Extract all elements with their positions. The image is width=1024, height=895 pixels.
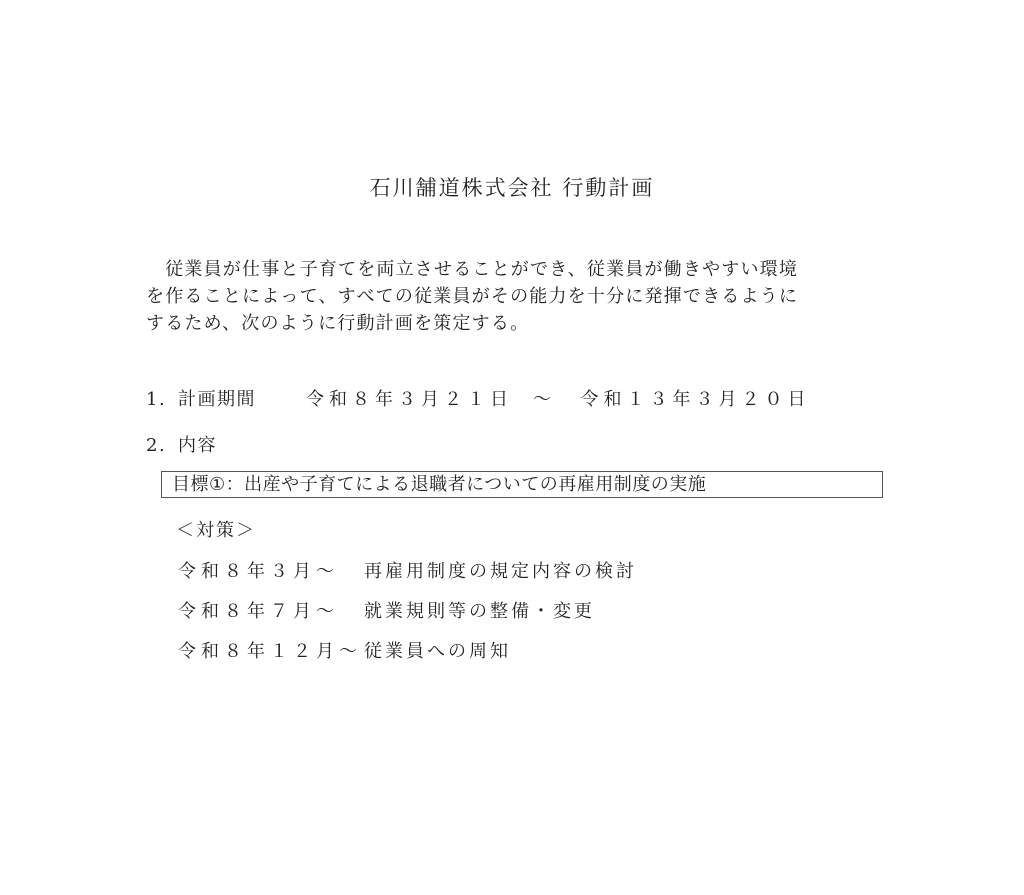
section-label: 内容 bbox=[178, 435, 217, 456]
intro-line: を作ることによって、すべての従業員がその能力を十分に発揮できるように bbox=[146, 283, 906, 310]
section-number: 1. bbox=[146, 389, 178, 410]
goal-box: 目標①：出産や子育てによる退職者についての再雇用制度の実施 bbox=[161, 471, 883, 498]
measure-item: 令和８年３月～再雇用制度の規定内容の検討 bbox=[178, 557, 637, 583]
period-end: 令和１３年３月２０日 bbox=[581, 389, 811, 410]
section-plan-period: 1.計画期間令和８年３月２１日～令和１３年３月２０日 bbox=[146, 385, 811, 411]
intro-paragraph: 従業員が仕事と子育てを両立させることができ、従業員が働きやすい環境 を作ることに… bbox=[146, 256, 906, 337]
measure-action: 従業員への周知 bbox=[364, 641, 511, 662]
measure-date: 令和８年７月～ bbox=[178, 597, 364, 623]
measure-date: 令和８年１２月～ bbox=[178, 637, 364, 663]
intro-line: するため、次のように行動計画を策定する。 bbox=[146, 310, 906, 337]
period-start: 令和８年３月２１日 bbox=[306, 389, 513, 410]
measure-item: 令和８年１２月～従業員への周知 bbox=[178, 637, 511, 663]
measure-item: 令和８年７月～就業規則等の整備・変更 bbox=[178, 597, 595, 623]
section-label: 計画期間 bbox=[178, 385, 306, 411]
document-page: 石川舗道株式会社 行動計画 従業員が仕事と子育てを両立させることができ、従業員が… bbox=[0, 0, 1024, 895]
measure-action: 就業規則等の整備・変更 bbox=[364, 601, 595, 622]
intro-line: 従業員が仕事と子育てを両立させることができ、従業員が働きやすい環境 bbox=[146, 256, 906, 283]
period-separator: ～ bbox=[533, 385, 553, 411]
measure-action: 再雇用制度の規定内容の検討 bbox=[364, 561, 637, 582]
section-contents: 2.内容 bbox=[146, 431, 217, 457]
document-title: 石川舗道株式会社 行動計画 bbox=[0, 172, 1024, 202]
section-number: 2. bbox=[146, 435, 178, 456]
measure-date: 令和８年３月～ bbox=[178, 557, 364, 583]
measures-heading: ＜対策＞ bbox=[176, 516, 256, 542]
